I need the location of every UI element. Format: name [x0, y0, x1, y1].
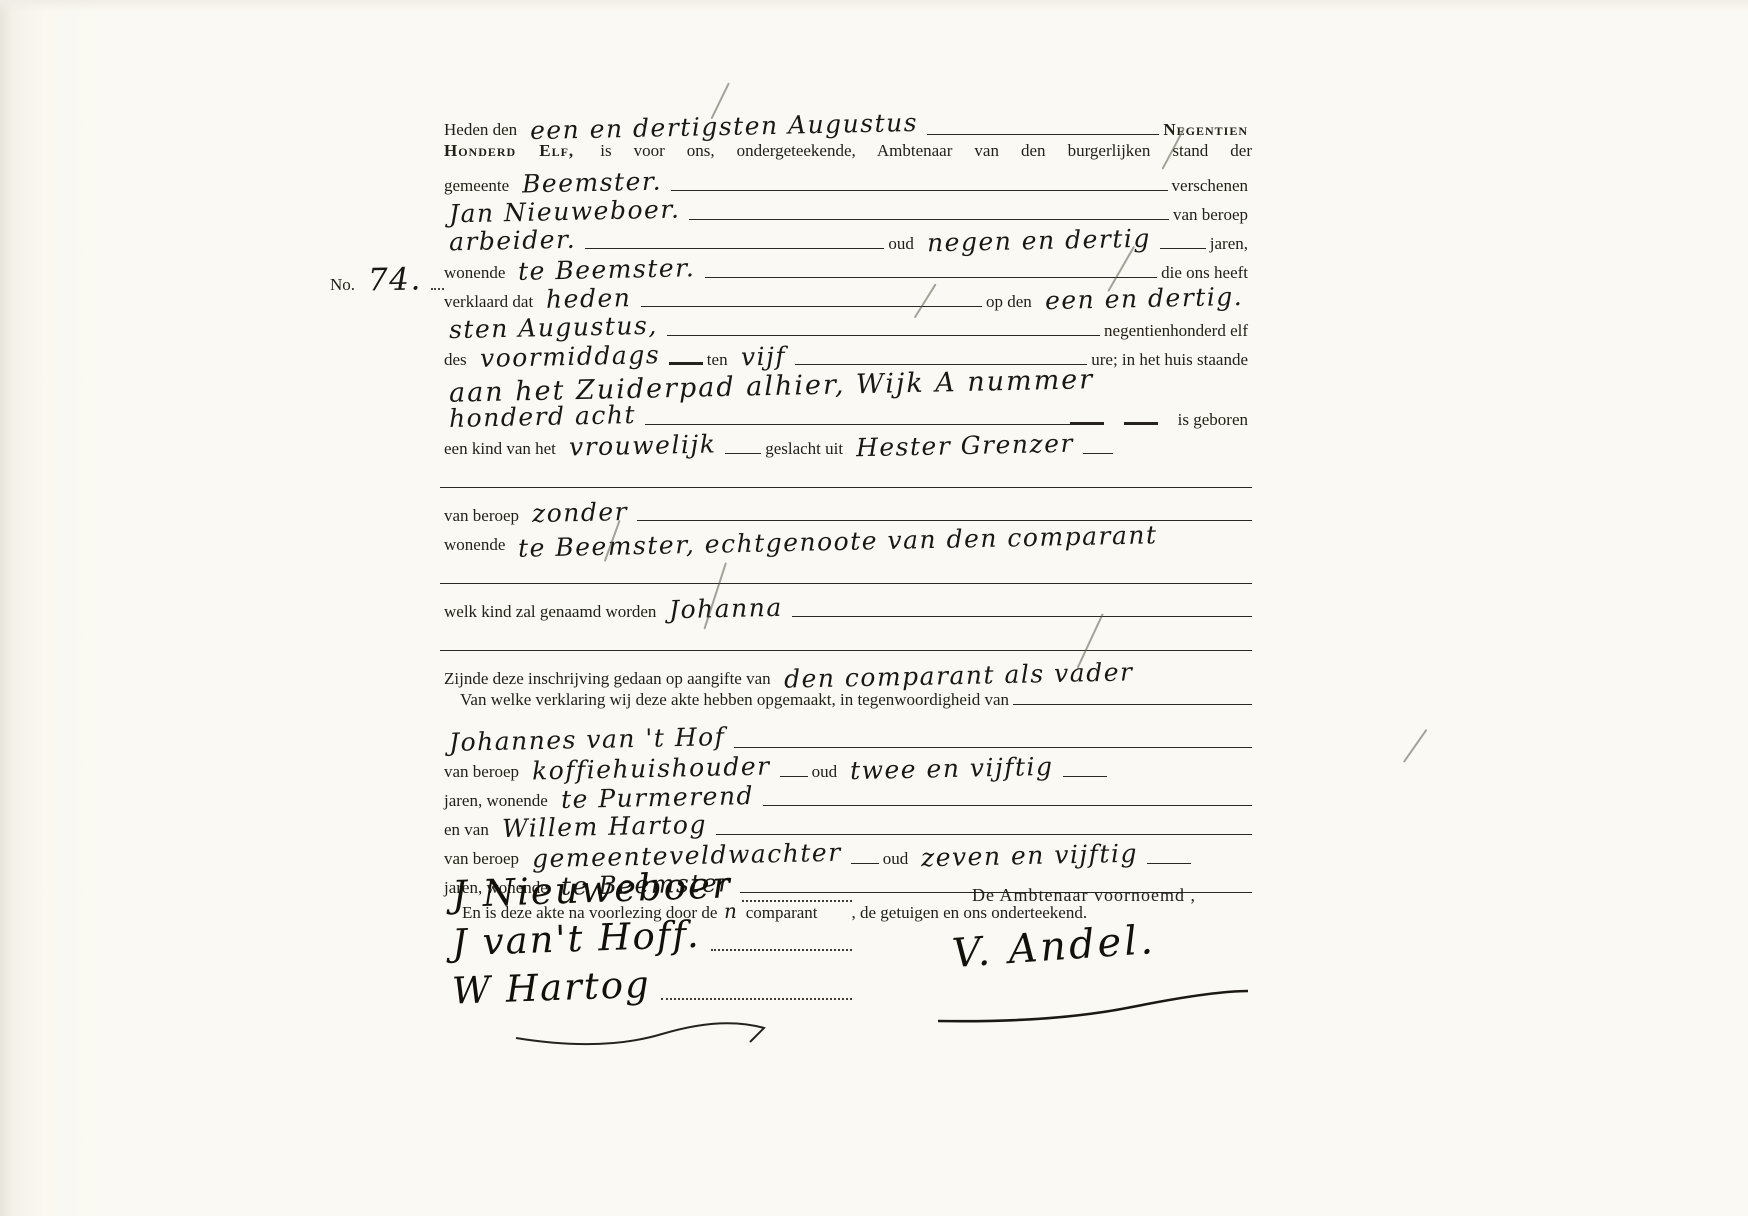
handwritten-entry: zeven en vijftig [912, 839, 1148, 873]
act-number-label: No. [326, 275, 359, 295]
printed-smallcaps: Negentien [1159, 120, 1252, 140]
official-signature-block: De Ambtenaar voornoemd , V. Andel. [972, 885, 1272, 970]
ruled-line [1147, 858, 1191, 864]
ruled-line [780, 771, 808, 777]
signature-row: J Nieuweboer [452, 868, 852, 917]
ruled-line [645, 419, 1070, 425]
spacer [1104, 424, 1124, 425]
form-line: gemeenteBeemster.verschenen [440, 168, 1252, 197]
signature-row: J van't Hoff. [452, 917, 852, 966]
form-line: Jan Nieuweboer.van beroep [440, 197, 1252, 226]
form-line: van beroepgemeenteveldwachteroudzeven en… [440, 841, 1252, 870]
ruled-line [734, 742, 1252, 748]
birth-certificate-page: No. 74. Heden deneen en dertigsten Augus… [0, 0, 1748, 1216]
ruled-line-full [440, 623, 1252, 651]
form-line: Zijnde deze inschrijving gedaan op aangi… [440, 661, 1252, 690]
signature-underline-flourish [932, 977, 1252, 1027]
form-line: jaren, wonendete Purmerend [440, 783, 1252, 812]
printed-text: van beroep [440, 506, 523, 526]
ruled-line [795, 359, 1088, 365]
printed-smallcaps: Honderd Elf, [440, 141, 578, 160]
act-number-value: 74. [359, 261, 432, 298]
form-line: welk kind zal genaamd wordenJohanna [440, 594, 1252, 623]
printed-text: verklaard dat [440, 292, 537, 312]
form-line: aan het Zuiderpad alhier, Wijk A nummer [440, 371, 1252, 402]
ruled-line [1160, 243, 1206, 249]
form-line: desvoormiddagstenvijfure; in het huis st… [440, 342, 1252, 371]
handwritten-entry: Beemster. [513, 166, 672, 198]
dotted-leader [711, 943, 852, 951]
handwritten-entry: den comparant als vader [774, 657, 1142, 694]
printed-text: die ons heeft [1157, 263, 1252, 283]
dotted-leader [742, 894, 852, 902]
handwritten-entry: heden [537, 283, 641, 314]
handwritten-entry: Jan Nieuweboer. [440, 194, 690, 228]
printed-text: en van [440, 820, 493, 840]
ruled-line-full [440, 556, 1252, 584]
ruled-line [851, 858, 879, 864]
handwritten-entry: zonder [523, 497, 638, 528]
printed-text: Zijnde deze inschrijving gedaan op aangi… [440, 669, 775, 689]
handwritten-entry: sten Augustus, [440, 311, 667, 345]
ruled-line [705, 272, 1157, 278]
printed-text: een kind van het [440, 439, 560, 459]
form-body: Heden deneen en dertigsten AugustusNegen… [440, 112, 1252, 926]
ruled-line [1083, 448, 1113, 454]
handwritten-entry: Johannes van 't Hof [440, 722, 735, 757]
form-line: en vanWillem Hartog [440, 812, 1252, 841]
printed-text: Heden den [440, 120, 521, 140]
handwritten-entry: te Beemster. [509, 253, 705, 286]
dash-mark [669, 357, 703, 365]
printed-text: oud [879, 849, 913, 869]
printed-text: van beroep [440, 849, 523, 869]
printed-text: gemeente [440, 176, 513, 196]
printed-text: jaren, wonende [440, 791, 552, 811]
scan-artifact [1403, 729, 1427, 763]
printed-text: op den [982, 292, 1036, 312]
form-line: wonendete Beemster.die ons heeft [440, 255, 1252, 284]
handwritten-entry: een en dertigsten Augustus [521, 108, 928, 145]
signature-witness-1: J van't Hoff. [451, 913, 711, 965]
handwritten-entry: honderd acht [440, 400, 646, 433]
printed-text: welk kind zal genaamd worden [440, 602, 660, 622]
ruled-line [641, 301, 982, 307]
form-line: verklaard dathedenop deneen en dertig. [440, 284, 1252, 313]
printed-text: oud [808, 762, 842, 782]
ruled-line [1063, 771, 1107, 777]
ruled-line [725, 448, 761, 454]
handwritten-entry: arbeider. [440, 224, 586, 256]
printed-text: is voor ons, ondergeteekende, Ambtenaar … [578, 141, 1252, 160]
printed-text: ten [703, 350, 732, 370]
ruled-line [689, 214, 1169, 220]
ruled-line [927, 129, 1159, 135]
form-line: Van welke verklaring wij deze akte hebbe… [456, 690, 1252, 717]
ruled-line [671, 185, 1167, 191]
printed-text: van beroep [1169, 205, 1252, 225]
handwritten-entry: vrouwelijk [560, 429, 726, 461]
signature-flourish [512, 1018, 772, 1054]
form-line: honderd achtis geboren [440, 402, 1252, 431]
form-line: wonendete Beemster, echtgenoote van den … [440, 527, 1252, 556]
handwritten-entry: een en dertig. [1035, 282, 1252, 316]
ruled-line [716, 829, 1252, 835]
handwritten-entry: Willem Hartog [493, 810, 717, 844]
printed-text: wonende [440, 535, 509, 555]
form-line: arbeider.oudnegen en dertigjaren, [440, 226, 1252, 255]
dash-mark [1124, 417, 1158, 425]
ruled-line [792, 611, 1252, 617]
form-line: sten Augustus,negentienhonderd elf [440, 313, 1252, 342]
printed-text: geslacht uit [761, 439, 847, 459]
handwritten-entry: twee en vijftig [841, 752, 1063, 786]
printed-text: jaren, [1206, 234, 1252, 254]
dotted-leader [661, 992, 852, 1000]
signature-row: W Hartog [452, 966, 852, 1015]
handwritten-entry: te Purmerend [552, 781, 764, 814]
signature-witness-2: W Hartog [451, 962, 661, 1012]
form-line: Heden deneen en dertigsten AugustusNegen… [440, 112, 1252, 141]
ruled-line [585, 243, 884, 249]
form-line: Honderd Elf, is voor ons, ondergeteekend… [440, 141, 1252, 168]
spacer [1158, 424, 1174, 425]
handwritten-entry: vijf [731, 341, 795, 371]
printed-text: verschenen [1168, 176, 1252, 196]
printed-text: is geboren [1174, 410, 1252, 430]
handwritten-entry: voormiddags [470, 340, 669, 373]
printed-text: des [440, 350, 471, 370]
printed-text: wonende [440, 263, 509, 283]
signature-registrar: V. Andel. [951, 917, 1157, 977]
printed-text: negentienhonderd elf [1100, 321, 1252, 341]
signature-block: J Nieuweboer J van't Hoff. W Hartog [452, 868, 852, 1015]
printed-text: ure; in het huis staande [1087, 350, 1252, 370]
ruled-line [763, 800, 1252, 806]
ruled-line [667, 330, 1100, 336]
printed-text: van beroep [440, 762, 523, 782]
form-line: Johannes van 't Hof [440, 725, 1252, 754]
printed-text: Van welke verklaring wij deze akte hebbe… [456, 690, 1013, 710]
official-title: De Ambtenaar voornoemd , [972, 885, 1272, 906]
handwritten-entry: Johanna [660, 593, 792, 625]
act-number: No. 74. [326, 262, 444, 298]
ruled-line [1013, 699, 1252, 705]
handwritten-entry: negen en dertig [918, 223, 1160, 257]
form-line: een kind van hetvrouwelijkgeslacht uitHe… [440, 431, 1252, 460]
ruled-line-full [440, 460, 1252, 488]
form-line: van beroepkoffiehuishouderoudtwee en vij… [440, 754, 1252, 783]
signature-declarant: J Nieuweboer [451, 863, 742, 916]
printed-text: oud [884, 234, 918, 254]
handwritten-entry: Hester Grenzer [847, 429, 1083, 463]
dash-mark [1070, 417, 1104, 425]
